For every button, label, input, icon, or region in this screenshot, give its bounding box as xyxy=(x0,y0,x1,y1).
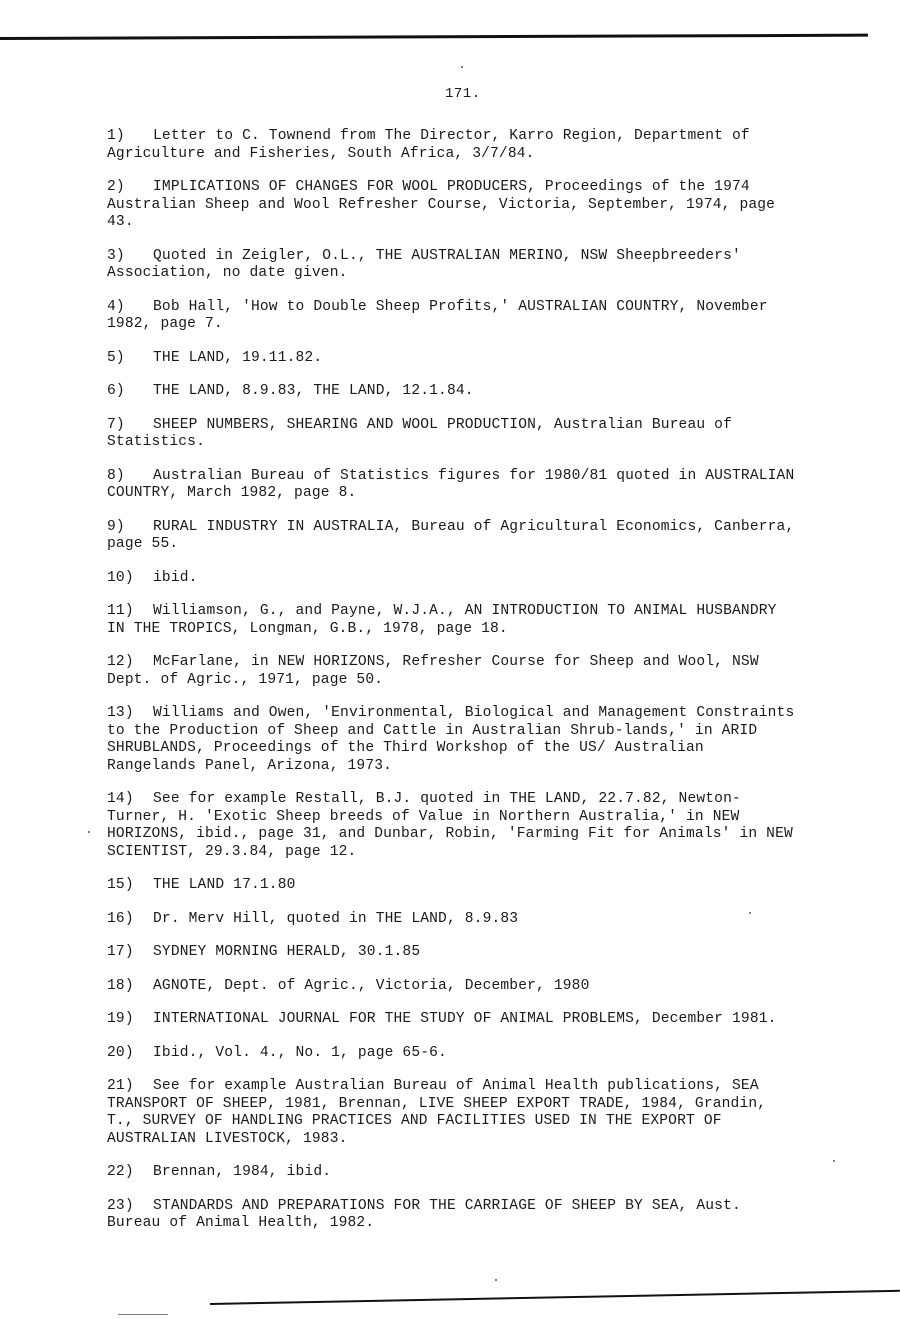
endnote-item: 13)Williams and Owen, 'Environmental, Bi… xyxy=(107,705,797,775)
scan-speck xyxy=(749,912,751,914)
endnote-item: 12)McFarlane, in NEW HORIZONS, Refresher… xyxy=(107,654,797,689)
endnote-item: 4)Bob Hall, 'How to Double Sheep Profits… xyxy=(107,299,797,334)
endnote-number: 8) xyxy=(107,468,153,486)
endnote-item: 2)IMPLICATIONS OF CHANGES FOR WOOL PRODU… xyxy=(107,179,797,232)
endnote-item: 5)THE LAND, 19.11.82. xyxy=(107,350,797,368)
endnote-item: 1)Letter to C. Townend from The Director… xyxy=(107,128,797,163)
scan-speck xyxy=(833,1160,835,1162)
endnote-number: 15) xyxy=(107,877,153,895)
endnote-item: 21)See for example Australian Bureau of … xyxy=(107,1078,797,1148)
endnote-number: 5) xyxy=(107,350,153,368)
endnote-item: 19)INTERNATIONAL JOURNAL FOR THE STUDY O… xyxy=(107,1011,797,1029)
endnote-text: Dr. Merv Hill, quoted in THE LAND, 8.9.8… xyxy=(153,911,518,927)
endnote-number: 18) xyxy=(107,978,153,996)
endnote-number: 7) xyxy=(107,417,153,435)
endnote-item: 8)Australian Bureau of Statistics figure… xyxy=(107,468,797,503)
endnote-text: Australian Bureau of Statistics figures … xyxy=(107,468,803,502)
endnote-number: 14) xyxy=(107,791,153,809)
endnote-item: 18)AGNOTE, Dept. of Agric., Victoria, De… xyxy=(107,978,797,996)
endnote-text: STANDARDS AND PREPARATIONS FOR THE CARRI… xyxy=(107,1198,750,1232)
endnote-text: SYDNEY MORNING HERALD, 30.1.85 xyxy=(153,944,420,960)
endnote-number: 3) xyxy=(107,248,153,266)
endnote-text: Williams and Owen, 'Environmental, Biolo… xyxy=(107,705,803,774)
endnote-number: 16) xyxy=(107,911,153,929)
endnotes-list: 1)Letter to C. Townend from The Director… xyxy=(107,128,797,1249)
endnote-number: 2) xyxy=(107,179,153,197)
endnote-text: McFarlane, in NEW HORIZONS, Refresher Co… xyxy=(107,654,768,688)
top-rule-divider xyxy=(0,34,868,40)
scan-speck xyxy=(495,1279,497,1281)
scanned-page: 171. 1)Letter to C. Townend from The Dir… xyxy=(0,0,900,1319)
endnote-number: 21) xyxy=(107,1078,153,1096)
endnote-text: RURAL INDUSTRY IN AUSTRALIA, Bureau of A… xyxy=(107,519,803,553)
endnote-text: See for example Restall, B.J. quoted in … xyxy=(107,791,802,860)
bottom-rule-divider xyxy=(210,1290,900,1305)
endnote-item: 14)See for example Restall, B.J. quoted … xyxy=(107,791,797,861)
endnote-item: 15)THE LAND 17.1.80 xyxy=(107,877,797,895)
endnote-number: 17) xyxy=(107,944,153,962)
endnote-text: SHEEP NUMBERS, SHEARING AND WOOL PRODUCT… xyxy=(107,417,741,451)
endnote-number: 20) xyxy=(107,1045,153,1063)
endnote-item: 3)Quoted in Zeigler, O.L., THE AUSTRALIA… xyxy=(107,248,797,283)
endnote-text: IMPLICATIONS OF CHANGES FOR WOOL PRODUCE… xyxy=(107,179,784,230)
page-number: 171. xyxy=(445,86,481,102)
endnote-text: Bob Hall, 'How to Double Sheep Profits,'… xyxy=(107,299,777,333)
endnote-item: 17)SYDNEY MORNING HERALD, 30.1.85 xyxy=(107,944,797,962)
endnote-text: THE LAND, 19.11.82. xyxy=(153,350,322,366)
endnote-text: See for example Australian Bureau of Ani… xyxy=(107,1078,775,1147)
endnote-item: 23)STANDARDS AND PREPARATIONS FOR THE CA… xyxy=(107,1198,797,1233)
endnote-item: 20)Ibid., Vol. 4., No. 1, page 65-6. xyxy=(107,1045,797,1063)
endnote-number: 11) xyxy=(107,603,153,621)
endnote-text: Ibid., Vol. 4., No. 1, page 65-6. xyxy=(153,1045,447,1061)
endnote-item: 7)SHEEP NUMBERS, SHEARING AND WOOL PRODU… xyxy=(107,417,797,452)
scan-speck xyxy=(461,66,463,68)
endnote-text: Quoted in Zeigler, O.L., THE AUSTRALIAN … xyxy=(107,248,750,282)
scan-speck xyxy=(88,831,90,833)
endnote-number: 6) xyxy=(107,383,153,401)
endnote-number: 22) xyxy=(107,1164,153,1182)
endnote-number: 9) xyxy=(107,519,153,537)
endnote-number: 1) xyxy=(107,128,153,146)
endnote-item: 10)ibid. xyxy=(107,570,797,588)
endnote-text: Letter to C. Townend from The Director, … xyxy=(107,128,759,162)
endnote-text: THE LAND 17.1.80 xyxy=(153,877,296,893)
endnote-number: 23) xyxy=(107,1198,153,1216)
endnote-item: 11)Williamson, G., and Payne, W.J.A., AN… xyxy=(107,603,797,638)
endnote-number: 10) xyxy=(107,570,153,588)
endnote-number: 12) xyxy=(107,654,153,672)
endnote-number: 19) xyxy=(107,1011,153,1029)
endnote-text: Brennan, 1984, ibid. xyxy=(153,1164,331,1180)
endnote-number: 13) xyxy=(107,705,153,723)
endnote-text: THE LAND, 8.9.83, THE LAND, 12.1.84. xyxy=(153,383,474,399)
endnote-text: INTERNATIONAL JOURNAL FOR THE STUDY OF A… xyxy=(153,1011,777,1027)
endnote-item: 6)THE LAND, 8.9.83, THE LAND, 12.1.84. xyxy=(107,383,797,401)
endnote-number: 4) xyxy=(107,299,153,317)
endnote-text: AGNOTE, Dept. of Agric., Victoria, Decem… xyxy=(153,978,589,994)
endnote-text: ibid. xyxy=(153,570,198,586)
endnote-item: 9)RURAL INDUSTRY IN AUSTRALIA, Bureau of… xyxy=(107,519,797,554)
bottom-rule-fragment xyxy=(118,1314,168,1315)
endnote-text: Williamson, G., and Payne, W.J.A., AN IN… xyxy=(107,603,785,637)
endnote-item: 22)Brennan, 1984, ibid. xyxy=(107,1164,797,1182)
endnote-item: 16)Dr. Merv Hill, quoted in THE LAND, 8.… xyxy=(107,911,797,929)
